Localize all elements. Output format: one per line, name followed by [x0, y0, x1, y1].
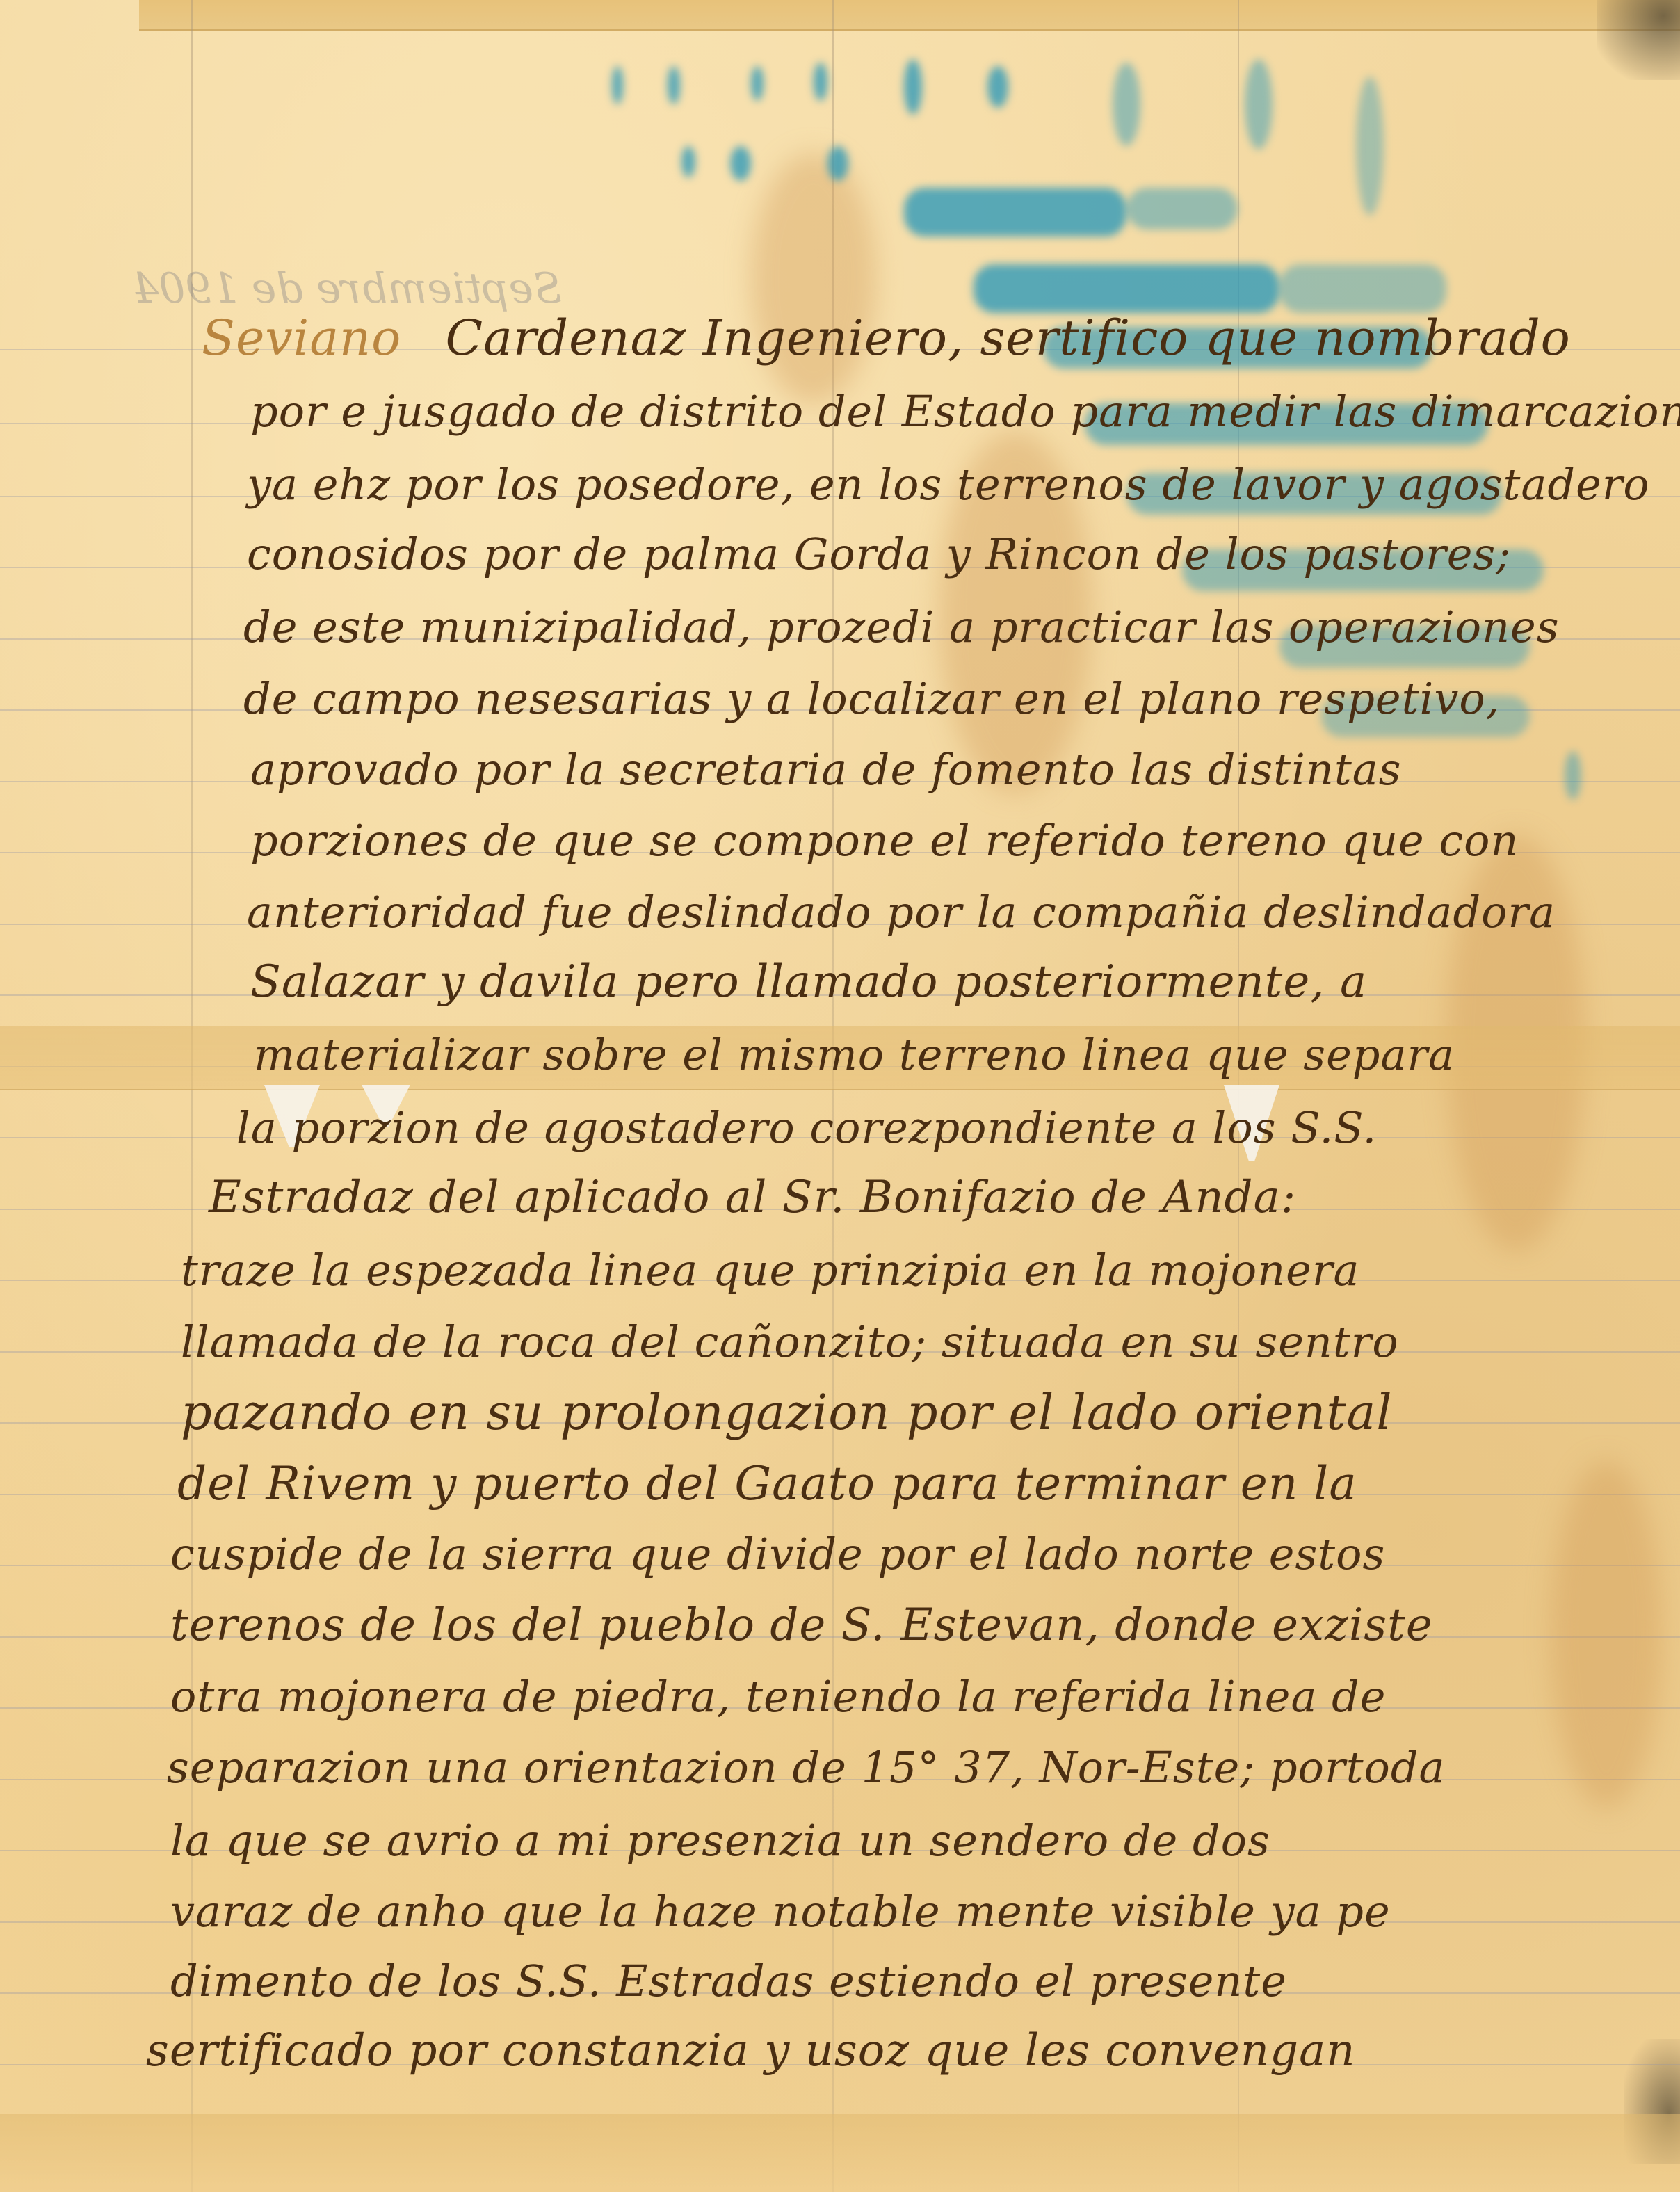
text-line-15: llamada de la roca del cañonzito; situad…	[0, 1316, 1680, 1367]
text-line-12: la porzion de agostadero corezpondiente …	[0, 1102, 1680, 1153]
text-line-18: cuspide de la sierra que divide por el l…	[0, 1529, 1680, 1579]
text-line-14: traze la espezada linea que prinzipia en…	[0, 1245, 1680, 1296]
pencil-note: Septiembre de 1904	[132, 264, 562, 313]
text-line-9: anterioridad fue deslindado por la compa…	[0, 887, 1680, 937]
text-line-24: dimento de los S.S. Estradas estiendo el…	[0, 1956, 1680, 2006]
text-line-17: del Rivem y puerto del Gaato para termin…	[0, 1457, 1680, 1510]
text-line-25: sertificado por constanzia y usoz que le…	[0, 2025, 1680, 2077]
text-line-23: varaz de anho que la haze notable mente …	[0, 1886, 1680, 1937]
text-line-8: porziones de que se compone el referido …	[0, 815, 1680, 866]
document-page: Septiembre de 1904 Seviano Cardenaz Inge…	[0, 0, 1680, 2192]
text-line-3: ya ehz por los posedore, en los terrenos…	[0, 459, 1680, 510]
bottom-tape-strip	[0, 2114, 1680, 2192]
text-line-5: de este munizipalidad, prozedi a practic…	[0, 602, 1680, 652]
text-line-1: Seviano Cardenaz Ingeniero, sertifico qu…	[0, 309, 1680, 366]
text-line-4: conosidos por de palma Gorda y Rincon de…	[0, 529, 1680, 579]
author-first-name: Seviano	[202, 309, 401, 366]
text-line-13: Estradaz del aplicado al Sr. Bonifazio d…	[0, 1172, 1680, 1223]
top-tape-strip	[139, 0, 1680, 31]
line-1-rest: Cardenaz Ingeniero, sertifico que nombra…	[446, 309, 1571, 366]
text-line-11: materializar sobre el mismo terreno line…	[0, 1029, 1680, 1080]
text-line-6: de campo nesesarias y a localizar en el …	[0, 673, 1680, 724]
text-line-19: terenos de los del pueblo de S. Estevan,…	[0, 1599, 1680, 1651]
text-line-16: pazando en su prolongazion por el lado o…	[0, 1384, 1680, 1441]
corner-stain-top-right	[1597, 0, 1680, 80]
text-line-10: Salazar y davila pero llamado posteriorm…	[0, 956, 1680, 1008]
text-line-20: otra mojonera de piedra, teniendo la ref…	[0, 1671, 1680, 1722]
text-line-7: aprovado por la secretaria de fomento la…	[0, 744, 1680, 795]
text-line-21: separazion una orientazion de 15° 37, No…	[0, 1742, 1680, 1793]
text-line-22: la que se avrio a mi presenzia un sender…	[0, 1815, 1680, 1866]
text-line-2: por e jusgado de distrito del Estado par…	[0, 386, 1680, 437]
